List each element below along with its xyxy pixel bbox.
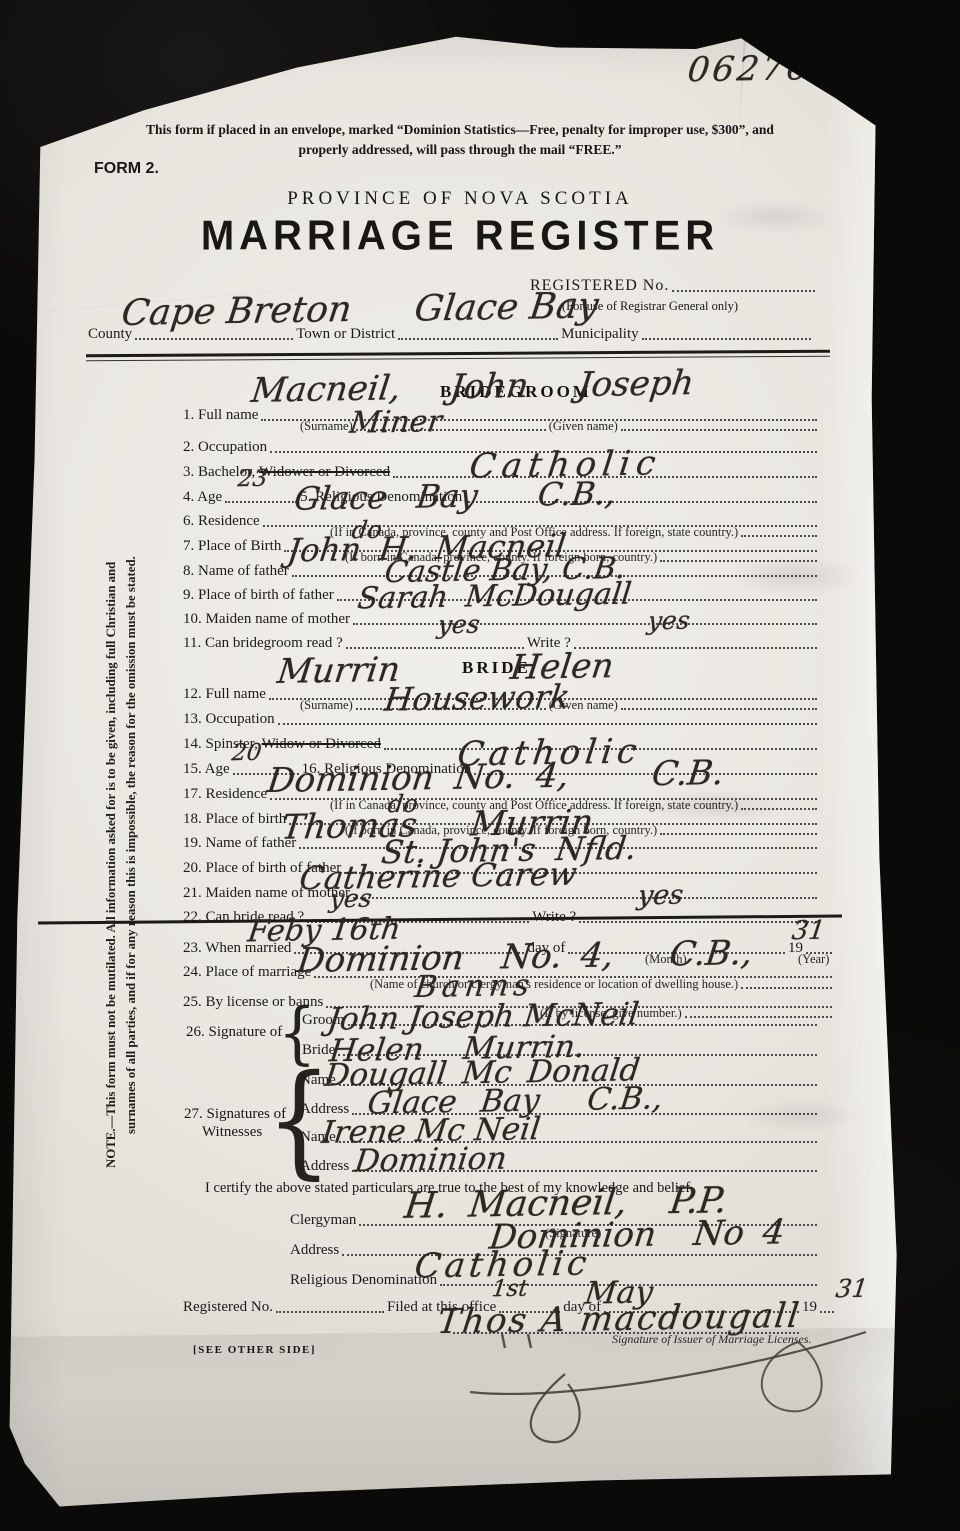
field-label: 12. Full name bbox=[183, 686, 266, 703]
dotted-line bbox=[353, 896, 817, 899]
field-label: 17. Residence bbox=[183, 786, 267, 803]
dotted-line bbox=[579, 920, 817, 923]
address-label: Address bbox=[300, 1158, 349, 1175]
clergyman-label: Clergyman bbox=[290, 1212, 356, 1229]
given-name-note: (Given name) bbox=[549, 419, 618, 434]
dotted-line bbox=[276, 1310, 384, 1313]
field-label: 11. Can bridegroom read ? bbox=[183, 635, 343, 652]
scanned-marriage-register-page: { "page": { "stamp_number": "062761", "s… bbox=[0, 0, 960, 1531]
county-handwriting: Cape Breton bbox=[120, 292, 354, 332]
field-label: 4. Age bbox=[183, 489, 222, 506]
dotted-line bbox=[135, 337, 293, 340]
double-rule bbox=[86, 350, 830, 362]
field-label: 10. Maiden name of mother bbox=[183, 611, 350, 628]
bride-write-handwriting: yes bbox=[636, 882, 685, 910]
year-handwriting: 31 bbox=[790, 918, 826, 945]
district-handwriting: Glace Bay bbox=[413, 288, 601, 327]
surname-note: (Surname) bbox=[300, 419, 353, 434]
witness-signatures-label-2: Witnesses bbox=[202, 1124, 262, 1141]
field-label: 15. Age bbox=[183, 761, 230, 778]
filed-day-handwriting: 1st bbox=[491, 1278, 530, 1302]
field-label: 2. Occupation bbox=[183, 439, 267, 456]
bridegroom-write-handwriting: yes bbox=[646, 608, 691, 634]
bridegroom-occupation-handwriting: Miner bbox=[348, 407, 444, 439]
bridegroom-age-handwriting: 23 bbox=[237, 468, 269, 492]
dotted-line bbox=[353, 622, 817, 625]
mail-notice-line1: This form if placed in an envelope, mark… bbox=[90, 122, 830, 138]
dotted-line bbox=[642, 337, 811, 340]
mail-notice-line2: properly addressed, will pass through th… bbox=[90, 142, 830, 158]
bride-occupation-handwriting: Housework bbox=[383, 680, 572, 715]
struck-option-text: Widow or Divorced bbox=[262, 736, 381, 753]
field-label: 6. Residence bbox=[183, 513, 260, 530]
bridegroom-read-handwriting: yes bbox=[436, 612, 481, 638]
field-label: 1. Full name bbox=[183, 407, 258, 424]
dotted-line bbox=[278, 722, 817, 725]
municipality-label: Municipality bbox=[561, 326, 639, 343]
page-title: MARRIAGE REGISTER bbox=[90, 213, 830, 260]
bridegroom-residence-handwriting: Glace Bay C.B., bbox=[293, 477, 618, 515]
filed-year-handwriting: 31 bbox=[834, 1276, 869, 1302]
field-label: 9. Place of birth of father bbox=[183, 587, 334, 604]
issuer-signature-handwriting: Thos A macdougall bbox=[435, 1299, 802, 1339]
field-label: 7. Place of Birth bbox=[183, 538, 281, 555]
bridegroom-mother-handwriting: Sarah McDougall bbox=[356, 580, 633, 615]
signature-of-label: 26. Signature of bbox=[186, 1024, 282, 1041]
dotted-line bbox=[820, 1310, 834, 1313]
side-note-line2: surnames of all parties, and if for any … bbox=[122, 520, 142, 1168]
dotted-line bbox=[621, 428, 817, 431]
witness2-address-handwriting: Dominion bbox=[353, 1144, 509, 1178]
field-label: 8. Name of father bbox=[183, 563, 289, 580]
dotted-line bbox=[225, 500, 297, 503]
address-label: Address bbox=[290, 1242, 339, 1259]
form-number-label: FORM 2. bbox=[94, 160, 159, 178]
field-label: 13. Occupation bbox=[183, 711, 275, 728]
see-other-side-label: [SEE OTHER SIDE] bbox=[193, 1344, 316, 1356]
province-title: PROVINCE OF NOVA SCOTIA bbox=[90, 188, 830, 210]
dotted-line bbox=[741, 986, 832, 989]
bride-read-handwriting: yes bbox=[328, 886, 373, 912]
bride-residence-handwriting: Dominion No. 4, C.B. bbox=[265, 756, 725, 798]
bride-age-handwriting: 20 bbox=[231, 742, 263, 766]
year-prefix: 19 bbox=[802, 1299, 817, 1316]
side-note-vertical: NOTE.—This form must not be mutilated. A… bbox=[102, 520, 142, 1168]
bridegroom-fullname-handwriting: Macneil, John Joseph bbox=[249, 366, 695, 408]
paper-sheet: 062761 This form if placed in an envelop… bbox=[0, 0, 960, 1531]
dotted-line bbox=[398, 337, 558, 340]
field-label: 18. Place of birth bbox=[183, 811, 286, 828]
registered-label: Registered No. bbox=[183, 1299, 273, 1316]
field-label: 24. Place of marriage bbox=[183, 964, 311, 981]
side-note-line1: NOTE.—This form must not be mutilated. A… bbox=[102, 520, 122, 1168]
dotted-line bbox=[672, 289, 815, 292]
